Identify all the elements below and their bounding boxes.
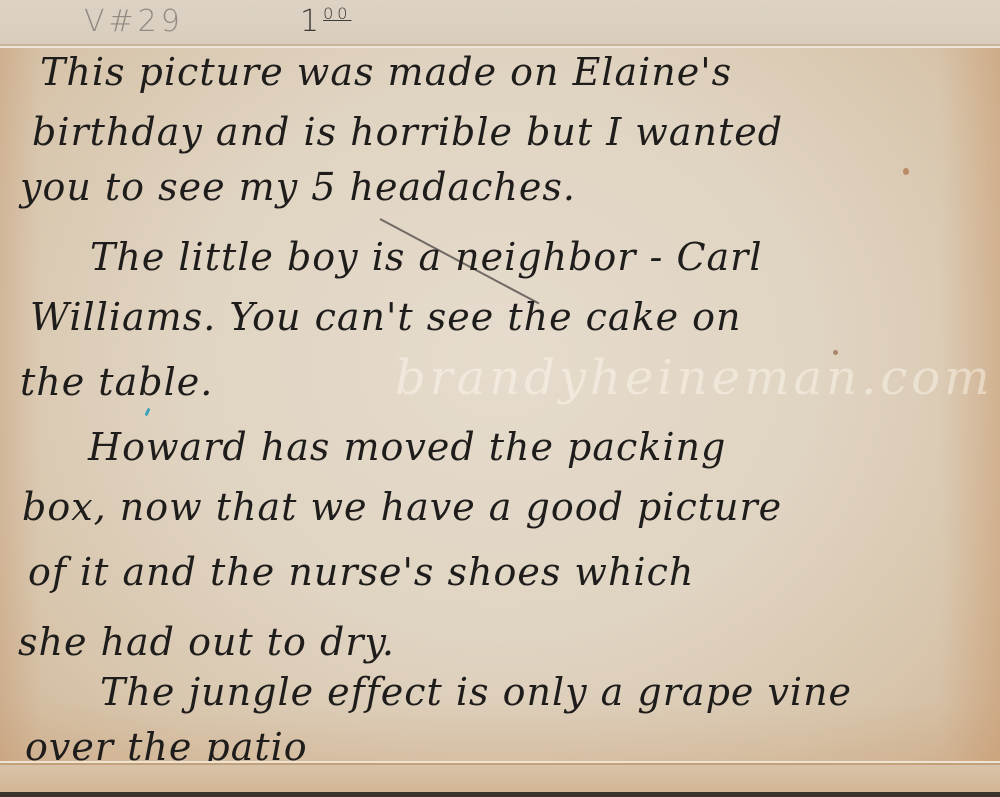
note-line-2: birthday and is horrible but I wanted [32, 110, 783, 154]
note-line-10: she had out to dry. [18, 620, 395, 664]
ink-fleck [144, 408, 150, 417]
note-line-4: The little boy is a neighbor - Carl [90, 235, 763, 279]
photo-back-card: V#29 100 This picture was made on Elaine… [0, 0, 1000, 797]
stain-spot [903, 168, 909, 175]
note-line-8: box, now that we have a good picture [22, 485, 782, 529]
note-line-1: This picture was made on Elaine's [40, 50, 732, 94]
note-line-5: Williams. You can't see the cake on [30, 295, 742, 339]
watermark: brandyheineman.com [395, 350, 994, 406]
note-line-11: The jungle effect is only a grape vine [100, 670, 852, 714]
pencil-reference-mark: V#29 [84, 4, 184, 39]
pencil-price-mark: 100 [300, 4, 351, 39]
note-line-9: of it and the nurse's shoes which [28, 550, 694, 594]
note-line-7: Howard has moved the packing [88, 425, 726, 469]
note-line-6: the table. [20, 360, 213, 404]
stain-spot [833, 350, 838, 355]
price-superscript: 00 [323, 4, 351, 23]
scan-edge [0, 792, 1000, 797]
price-value: 1 [300, 4, 323, 39]
note-line-3: you to see my 5 headaches. [20, 165, 576, 209]
